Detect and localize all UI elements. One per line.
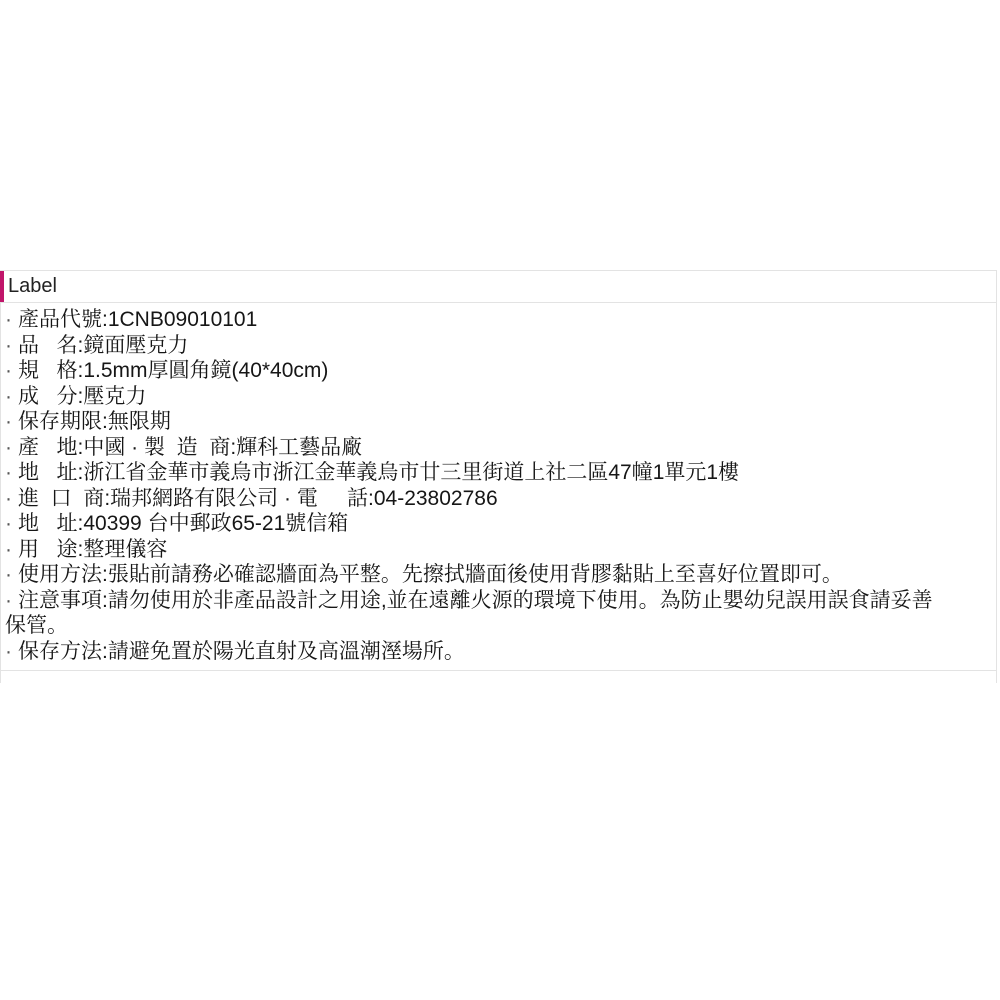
label-panel: Label ·產品代號:1CNB09010101 ·品 名:鏡面壓克力 ·規 格… bbox=[0, 270, 997, 683]
label-rows: ·產品代號:1CNB09010101 ·品 名:鏡面壓克力 ·規 格:1.5mm… bbox=[1, 303, 996, 670]
label-title: Label bbox=[8, 275, 57, 298]
row-bullet-icon: · bbox=[5, 436, 12, 459]
row-bullet-icon: · bbox=[5, 359, 12, 382]
label-row: ·注意事項:請勿使用於非產品設計之用途,並在遠離火源的環境下使用。為防止嬰幼兒誤… bbox=[5, 588, 988, 639]
label-row: ·成 分:壓克力 bbox=[5, 384, 988, 410]
label-row: ·保存方法:請避免置於陽光直射及高溫潮溼場所。 bbox=[5, 639, 988, 665]
row-bullet-icon: · bbox=[5, 487, 12, 510]
row-bullet-icon: · bbox=[5, 334, 12, 357]
row-text: 注意事項:請勿使用於非產品設計之用途,並在遠離火源的環境下使用。為防止嬰幼兒誤用… bbox=[5, 589, 933, 638]
row-text: 保存期限:無限期 bbox=[18, 410, 171, 433]
label-row: ·使用方法:張貼前請務必確認牆面為平整。先擦拭牆面後使用背膠黏貼上至喜好位置即可… bbox=[5, 562, 988, 588]
label-row: ·規 格:1.5mm厚圓角鏡(40*40cm) bbox=[5, 358, 988, 384]
label-header: Label bbox=[1, 271, 996, 303]
row-text: 品 名:鏡面壓克力 bbox=[18, 334, 188, 357]
row-bullet-icon: · bbox=[5, 308, 12, 331]
row-bullet-icon: · bbox=[5, 461, 12, 484]
label-row: ·產 地:中國 · 製 造 商:輝科工藝品廠 bbox=[5, 435, 988, 461]
row-bullet-icon: · bbox=[5, 640, 12, 663]
label-row: ·地 址:浙江省金華市義烏市浙江金華義烏市廿三里街道上社二區47幢1單元1樓 bbox=[5, 460, 988, 486]
row-text: 規 格:1.5mm厚圓角鏡(40*40cm) bbox=[18, 359, 328, 382]
label-accent-bar bbox=[0, 271, 4, 302]
row-text: 保存方法:請避免置於陽光直射及高溫潮溼場所。 bbox=[18, 640, 465, 663]
label-row: ·品 名:鏡面壓克力 bbox=[5, 333, 988, 359]
label-row: ·地 址:40399 台中郵政65-21號信箱 bbox=[5, 511, 988, 537]
row-bullet-icon: · bbox=[5, 512, 12, 535]
row-text: 成 分:壓克力 bbox=[18, 385, 146, 408]
label-row: ·產品代號:1CNB09010101 bbox=[5, 307, 988, 333]
label-row: ·進 口 商:瑞邦網路有限公司 · 電 話:04-23802786 bbox=[5, 486, 988, 512]
row-text: 地 址:浙江省金華市義烏市浙江金華義烏市廿三里街道上社二區47幢1單元1樓 bbox=[18, 461, 739, 484]
row-bullet-icon: · bbox=[5, 410, 12, 433]
panel-footer-space bbox=[1, 670, 996, 683]
row-text: 產 地:中國 · 製 造 商:輝科工藝品廠 bbox=[18, 436, 362, 459]
row-text: 使用方法:張貼前請務必確認牆面為平整。先擦拭牆面後使用背膠黏貼上至喜好位置即可。 bbox=[18, 563, 843, 586]
row-text: 用 途:整理儀容 bbox=[18, 538, 167, 561]
row-text: 進 口 商:瑞邦網路有限公司 · 電 話:04-23802786 bbox=[18, 487, 498, 510]
row-bullet-icon: · bbox=[5, 385, 12, 408]
row-text: 地 址:40399 台中郵政65-21號信箱 bbox=[18, 512, 348, 535]
row-text: 產品代號:1CNB09010101 bbox=[18, 308, 257, 331]
row-bullet-icon: · bbox=[5, 538, 12, 561]
label-row: ·保存期限:無限期 bbox=[5, 409, 988, 435]
label-row: ·用 途:整理儀容 bbox=[5, 537, 988, 563]
row-bullet-icon: · bbox=[5, 563, 12, 586]
row-bullet-icon: · bbox=[5, 589, 12, 612]
